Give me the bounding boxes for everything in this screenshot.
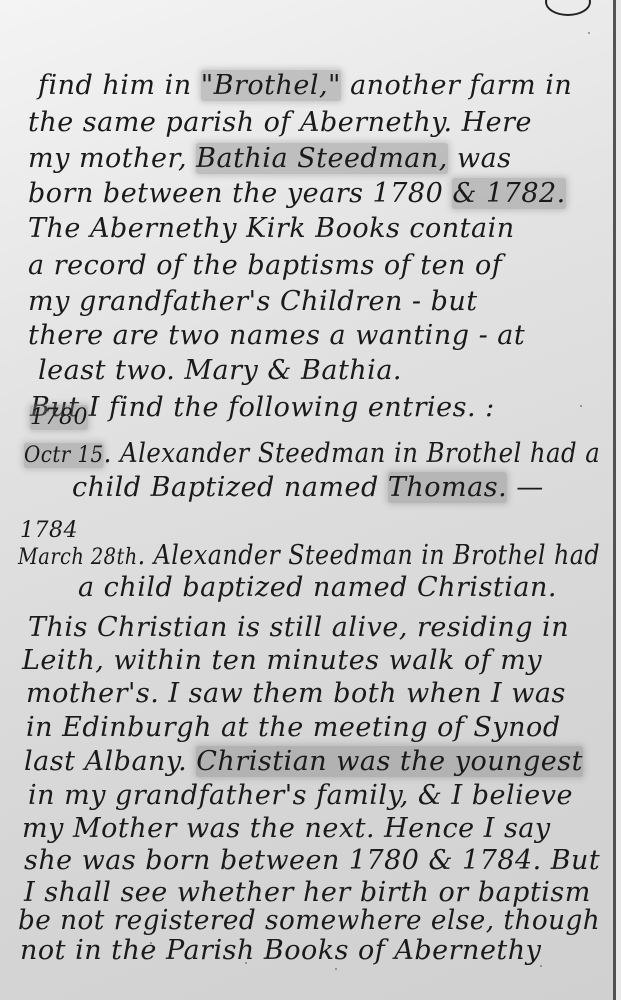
text-line: last Albany. Christian was the youngest <box>24 746 583 777</box>
manuscript-page: find him in "Brothel," another farm in t… <box>0 0 621 1000</box>
text: This Christian is still alive, residing … <box>28 612 569 643</box>
text-line: my grandfather's Children - but <box>28 286 478 317</box>
text: be not registered somewhere else, though <box>18 905 600 936</box>
text-line: in Edinburgh at the meeting of Synod <box>26 712 561 743</box>
text-line: born between the years 1780 & 1782. <box>28 178 566 209</box>
text: my mother, <box>28 143 196 174</box>
paper-speck <box>460 415 462 417</box>
paper-speck <box>150 942 152 944</box>
paper-speck <box>245 962 247 964</box>
text-line: child Baptized named Thomas. — <box>72 472 544 503</box>
text: But I find the following entries. : <box>30 392 495 423</box>
text-line: March 28th. Alexander Steedman in Brothe… <box>18 540 600 571</box>
highlighted-text: Bathia Steedman, <box>196 143 448 174</box>
text-line: be not registered somewhere else, though <box>18 905 600 936</box>
text: . Alexander Steedman in Brothel had <box>138 540 600 571</box>
text-line: a child baptized named Christian. <box>78 572 557 603</box>
text: was <box>448 143 512 174</box>
page-margin <box>616 0 621 1000</box>
text: find him in <box>38 70 201 101</box>
text-line: Octr 15. Alexander Steedman in Brothel h… <box>24 438 600 469</box>
paper-speck <box>335 968 337 970</box>
text-line: she was born between 1780 & 1784. But <box>24 845 600 876</box>
entry-date: Octr 15 <box>24 443 104 468</box>
text-line: Leith, within ten minutes walk of my <box>22 645 542 676</box>
text: child Baptized named <box>72 472 388 503</box>
text: least two. Mary & Bathia. <box>38 355 402 386</box>
text: a child baptized named Christian. <box>78 572 557 603</box>
highlighted-text: Thomas. <box>388 472 507 503</box>
text: in my grandfather's family, & I believe <box>28 780 573 811</box>
text: born between the years 1780 <box>28 178 452 209</box>
text-line: my mother, Bathia Steedman, was <box>28 143 512 174</box>
text: last Albany. <box>24 746 196 777</box>
highlighted-text: "Brothel," <box>201 70 341 101</box>
text: . Alexander Steedman in Brothel had a <box>104 438 601 469</box>
text: my grandfather's Children - but <box>28 286 478 317</box>
highlighted-text: & 1782. <box>452 178 565 209</box>
text: in Edinburgh at the meeting of Synod <box>26 712 561 743</box>
text-line: But I find the following entries. : <box>30 392 495 423</box>
text: another farm in <box>341 70 572 101</box>
highlighted-text: Christian was the youngest <box>196 746 583 777</box>
text: I shall see whether her birth or baptism <box>24 877 591 908</box>
text: my Mother was the next. Hence I say <box>22 813 551 844</box>
text-line: mother's. I saw them both when I was <box>26 678 566 709</box>
text-line: least two. Mary & Bathia. <box>38 355 402 386</box>
highlighted-text: 1780 <box>30 405 88 430</box>
paper-speck <box>580 405 582 407</box>
text-line: This Christian is still alive, residing … <box>28 612 569 643</box>
page-number-circle <box>545 0 591 16</box>
text-line: I shall see whether her birth or baptism <box>24 877 591 908</box>
text: mother's. I saw them both when I was <box>26 678 566 709</box>
entry-date: March 28th <box>18 545 138 570</box>
text: there are two names a wanting - at <box>28 320 525 351</box>
text: The Abernethy Kirk Books contain <box>28 213 515 244</box>
paper-speck <box>588 32 590 34</box>
text-line: not in the Parish Books of Abernethy <box>20 935 541 966</box>
text-line: there are two names a wanting - at <box>28 320 525 351</box>
text: the same parish of Abernethy. Here <box>28 107 532 138</box>
text: she was born between 1780 & 1784. But <box>24 845 600 876</box>
text: a record of the baptisms of ten of <box>28 250 502 281</box>
text-line: the same parish of Abernethy. Here <box>28 107 532 138</box>
entry-year: 1780 <box>30 405 88 430</box>
text-line: find him in "Brothel," another farm in <box>38 70 572 101</box>
text: — <box>507 472 544 503</box>
text: Leith, within ten minutes walk of my <box>22 645 542 676</box>
text-line: The Abernethy Kirk Books contain <box>28 213 515 244</box>
text: not in the Parish Books of Abernethy <box>20 935 541 966</box>
paper-speck <box>540 965 542 967</box>
text-line: in my grandfather's family, & I believe <box>28 780 573 811</box>
text-line: my Mother was the next. Hence I say <box>22 813 551 844</box>
text-line: a record of the baptisms of ten of <box>28 250 502 281</box>
